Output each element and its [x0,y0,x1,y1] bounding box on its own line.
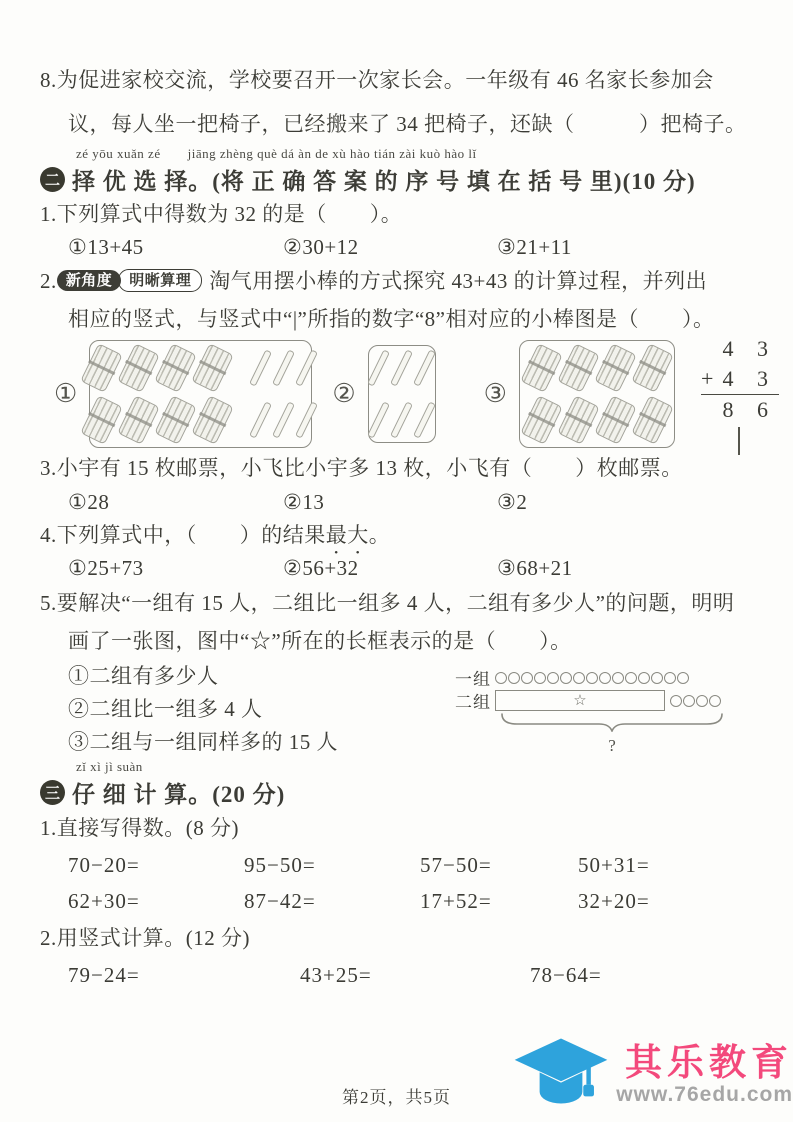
question-3-text: 3.小宇有 15 枚邮票，小飞比小宇多 13 枚，小飞有（ ）枚邮票。 [40,450,751,486]
expression: 32+20= [578,883,751,919]
single-stick-icon [295,401,318,438]
stick-bundle-icon [80,395,123,445]
q4-text-prefix: 4.下列算式中，（ ）的结果 [40,523,326,547]
stick-box-1 [89,340,312,448]
star-box: ☆ [495,690,665,711]
q4-option-1: ①25+73 [68,552,283,584]
stick-row [373,347,431,389]
single-stick-icon [413,401,436,438]
worksheet-page: 8.为促进家校交流，学校要召开一次家长会。一年级有 46 名家长参加会 议，每人… [0,0,793,1122]
person-circle-icon [638,672,650,684]
expression: 95−50= [244,847,420,883]
calc1-row1: 70−20= 95−50= 57−50= 50+31= [68,847,751,883]
question-5-line1: 5.要解决“一组有 15 人，二组比一组多 4 人，二组有多少人”的问题，明明 [40,584,751,622]
person-circle-icon [547,672,559,684]
person-circle-icon [683,695,695,707]
single-stick-icon [272,349,295,386]
section-two-icon: 二 [40,167,65,192]
stick-row [528,347,666,389]
stick-row [98,399,303,441]
expression: 62+30= [68,883,244,919]
question-3-options: ①28 ②13 ③2 [68,486,751,518]
stick-bundle-icon [557,343,600,393]
stick-row [98,347,303,389]
stick-row [373,399,431,441]
expression: 87−42= [244,883,420,919]
question-1-options: ①13+45 ②30+12 ③21+11 [68,232,751,262]
stick-bundle-icon [631,395,674,445]
q4-emphasized-word: 最大 [326,523,369,547]
q2-text1: 淘气用摆小棒的方式探究 43+43 的计算过程，并列出 [209,269,707,293]
sum-row: 8 6 [701,395,779,425]
single-stick-icon [249,401,272,438]
question-5-line2: 画了一张图，图中“☆”所在的长框表示的是（ ）。 [40,622,751,660]
person-circle-icon [696,695,708,707]
person-circle-icon [651,672,663,684]
new-angle-badge: 新角度 [57,270,122,291]
single-stick-icon [272,401,295,438]
section-three-pinyin: zǐ xì jì suàn [76,759,751,775]
question-4-text: 4.下列算式中，（ ）的结果最大。 [40,518,751,552]
stick-box-3 [519,340,675,448]
person-circle-icon [534,672,546,684]
expression: 70−20= [68,847,244,883]
person-circle-icon [560,672,572,684]
person-circle-icon [508,672,520,684]
expression: 78−64= [530,957,751,993]
calc2-row: 79−24= 43+25= 78−64= [68,957,751,993]
addend-2-row: + 4 3 [701,364,779,395]
sticks-figure: ① ② ③ 4 3 + 4 3 8 6 [40,338,751,450]
person-circle-icon [670,695,682,707]
single-stick-icon [367,401,390,438]
person-circle-icon [664,672,676,684]
calc1-row2: 62+30= 87−42= 17+52= 32+20= [68,883,751,919]
q4-option-2: ②56+32 [283,552,497,584]
figure-option-2-label: ② [332,379,355,409]
under-brace [499,712,725,737]
stick-bundle-icon [191,343,234,393]
group-two-label: 二组 [455,688,495,713]
calc1-title: 1.直接写得数。(8 分) [40,809,751,847]
pointer-line [738,427,740,455]
stick-bundle-icon [117,395,160,445]
expression: 17+52= [420,883,578,919]
section-two-title: 择 优 选 择。(将 正 确 答 案 的 序 号 填 在 括 号 里)(10 分… [72,163,696,196]
expression: 57−50= [420,847,578,883]
section-three-icon: 三 [40,780,65,805]
group-one-label: 一组 [455,665,495,690]
q4-option-3: ③68+21 [497,552,751,584]
q3-option-2: ②13 [283,486,497,518]
worksheet-content: 8.为促进家校交流，学校要召开一次家长会。一年级有 46 名家长参加会 议，每人… [0,0,793,993]
person-circle-icon [495,672,507,684]
stick-bundle-icon [520,395,563,445]
single-stick-icon [249,349,272,386]
question-2-line2: 相应的竖式，与竖式中“|”所指的数字“8”相对应的小棒图是（ ）。 [40,300,751,338]
group-two-circles [670,695,722,707]
q2-number: 2. [40,269,57,293]
person-circle-icon [625,672,637,684]
person-circle-icon [709,695,721,707]
group-two-row: 二组 ☆ [455,689,775,712]
addend-1: 4 3 [701,334,779,364]
question-8-line2: 议，每人坐一把椅子，已经搬来了 34 把椅子，还缺（ ）把椅子。 [40,102,751,146]
stick-row [528,399,666,441]
q1-option-3: ③21+11 [497,232,751,262]
group-one-row: 一组 [455,666,775,689]
stick-bundle-icon [594,395,637,445]
question-5-region: ①二组有多少人 ②二组比一组多 4 人 ③二组与一组同样多的 15 人 一组 二… [40,660,751,759]
q1-option-1: ①13+45 [68,232,283,262]
person-circle-icon [521,672,533,684]
figure-option-1-label: ① [54,379,77,409]
expression: 43+25= [300,957,530,993]
plus-sign: + [701,364,722,394]
expression: 79−24= [68,957,300,993]
q1-option-2: ②30+12 [283,232,497,262]
section-two-pinyin: zé yōu xuǎn zé jiāng zhèng què dá àn de … [76,146,751,162]
q4-text-suffix: 。 [369,523,391,547]
brand-name: 其乐教育 [625,1043,793,1083]
brand-text: 其乐教育 www.76edu.com [616,1043,793,1107]
q3-option-1: ①28 [68,486,283,518]
q3-option-3: ③2 [497,486,751,518]
graduation-cap-icon [512,1032,610,1118]
single-stick-icon [390,349,413,386]
figure-option-3-label: ③ [484,379,507,409]
stick-bundle-icon [631,343,674,393]
question-4-options: ①25+73 ②56+32 ③68+21 [68,552,751,584]
brand-url: www.76edu.com [616,1083,793,1107]
question-2-line1: 2.新角度明晰算理淘气用摆小棒的方式探究 43+43 的计算过程，并列出 [40,262,751,300]
person-circle-icon [573,672,585,684]
question-mark: ? [499,737,725,755]
group-one-circles [495,672,690,684]
section-three-header: 三 仔 细 计 算。(20 分) [40,775,751,809]
stick-bundle-icon [117,343,160,393]
stick-bundle-icon [520,343,563,393]
question-8-line1: 8.为促进家校交流，学校要召开一次家长会。一年级有 46 名家长参加会 [40,58,751,102]
vertical-addition: 4 3 + 4 3 8 6 [701,334,779,455]
question-1-text: 1.下列算式中得数为 32 的是（ ）。 [40,196,751,232]
stick-bundle-icon [594,343,637,393]
person-circle-icon [612,672,624,684]
stick-box-2 [368,345,436,443]
expression: 50+31= [578,847,751,883]
stick-bundle-icon [80,343,123,393]
brand-logo: 其乐教育 www.76edu.com [512,1032,793,1118]
brace-icon [499,712,725,732]
person-circle-icon [677,672,689,684]
stick-bundle-icon [154,343,197,393]
single-stick-icon [413,349,436,386]
section-two-header: 二 择 优 选 择。(将 正 确 答 案 的 序 号 填 在 括 号 里)(10… [40,162,751,196]
person-circle-icon [586,672,598,684]
single-stick-icon [295,349,318,386]
addend-2: 4 3 [722,364,777,394]
calc2-title: 2.用竖式计算。(12 分) [40,919,751,957]
group-diagram: 一组 二组 ☆ ? [455,666,775,755]
clear-reasoning-badge: 明晰算理 [118,269,202,292]
single-stick-icon [367,349,390,386]
stick-bundle-icon [191,395,234,445]
single-stick-icon [390,401,413,438]
section-three-title: 仔 细 计 算。(20 分) [72,776,285,809]
star-icon: ☆ [573,691,586,710]
stick-bundle-icon [154,395,197,445]
stick-bundle-icon [557,395,600,445]
person-circle-icon [599,672,611,684]
